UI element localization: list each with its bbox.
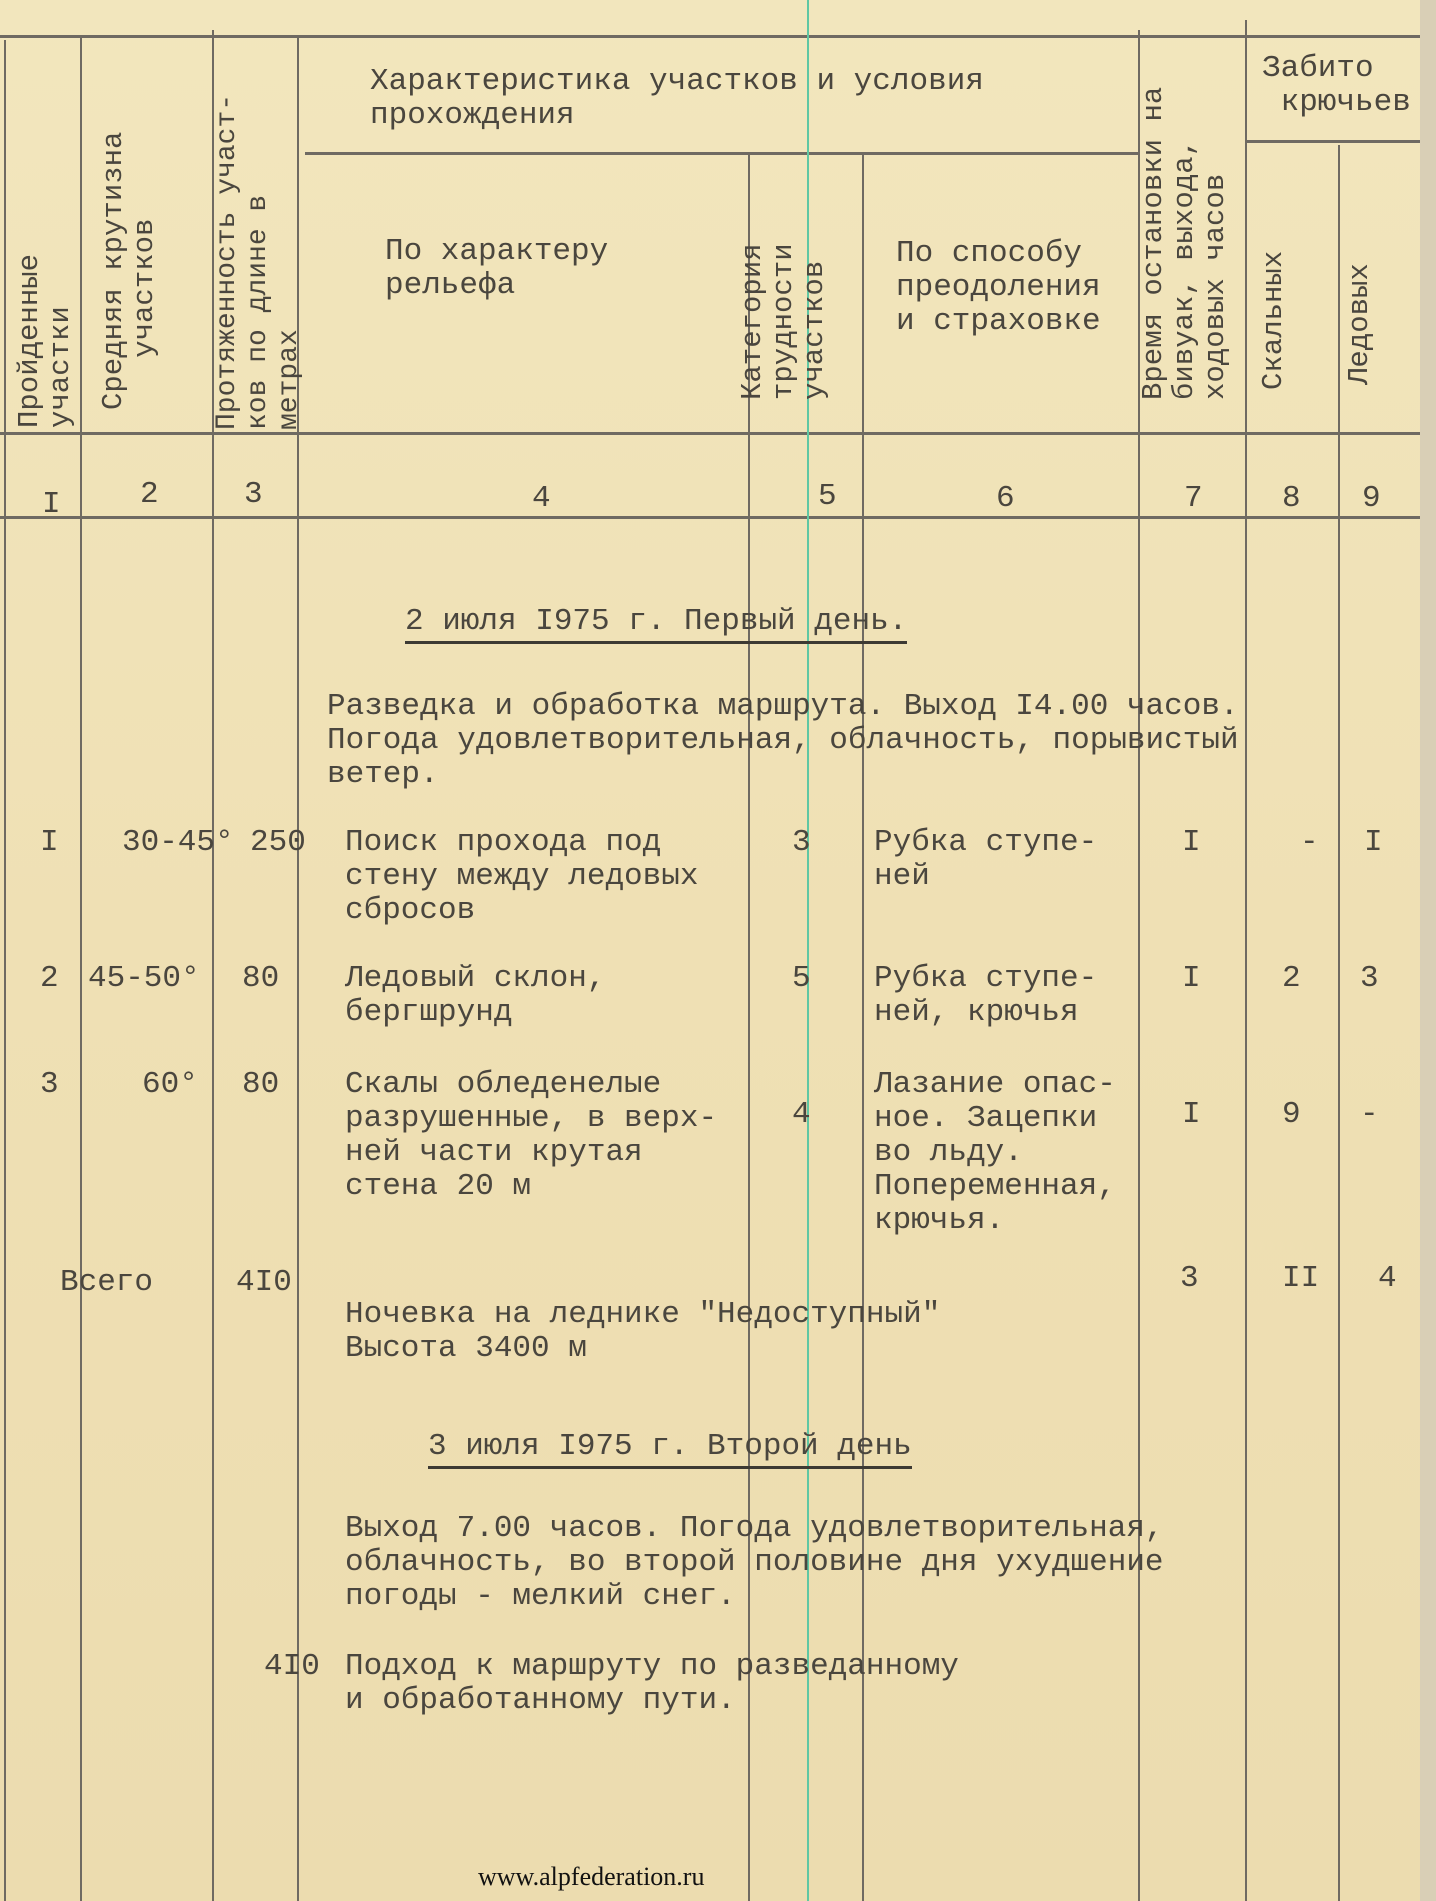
col-number-1: I xyxy=(42,488,61,522)
row1-relief: Поиск прохода под стену между ледовых сб… xyxy=(345,826,698,928)
total-length: 4I0 xyxy=(236,1266,292,1300)
row2-ice-pitons: 3 xyxy=(1360,962,1379,996)
column-line-4 xyxy=(748,152,750,1901)
row3-rock-pitons: 9 xyxy=(1282,1098,1301,1132)
col-number-6: 6 xyxy=(996,482,1015,516)
total-time: 3 xyxy=(1180,1262,1199,1296)
day2-intro: Выход 7.00 часов. Погода удовлетворитель… xyxy=(345,1512,1164,1614)
header-col9: Ледовых xyxy=(1344,263,1375,385)
header-col3: Протяженность участ- ков по длине в метр… xyxy=(212,94,305,430)
row1-method: Рубка ступе- ней xyxy=(874,826,1097,894)
col-number-9: 9 xyxy=(1362,482,1381,516)
total-ice-pitons: 4 xyxy=(1378,1262,1397,1296)
row2-time: I xyxy=(1182,962,1201,996)
row2-steepness: 45-50° xyxy=(88,962,200,996)
row1-length: 250 xyxy=(250,826,306,860)
page-edge xyxy=(1420,0,1436,1901)
col-number-5: 5 xyxy=(818,480,837,514)
day1-title: 2 июля I975 г. Первый день. xyxy=(405,605,907,644)
header-col7: Время остановки на бивуак, выхода, ходов… xyxy=(1138,87,1231,400)
row3-category: 4 xyxy=(792,1098,811,1132)
header-characteristics-group: Характеристика участков и условия прохож… xyxy=(370,65,984,133)
pitons-header-divider xyxy=(1245,140,1420,143)
row2-category: 5 xyxy=(792,962,811,996)
row3-time: I xyxy=(1182,1098,1201,1132)
watermark: www.alpfederation.ru xyxy=(478,1862,704,1892)
day1-intro: Разведка и обработка маршрута. Выход I4.… xyxy=(327,690,1239,792)
header-col4: По характеру рельефа xyxy=(385,235,608,303)
row3-length: 80 xyxy=(242,1068,279,1102)
row3-relief: Скалы обледенелые разрушенные, в верх- н… xyxy=(345,1068,717,1204)
row2-rock-pitons: 2 xyxy=(1282,962,1301,996)
header-col6: По способу преодоления и страховке xyxy=(896,237,1101,339)
total-rock-pitons: II xyxy=(1282,1262,1319,1296)
row2-length: 80 xyxy=(242,962,279,996)
day2-approach-length: 4I0 xyxy=(264,1650,320,1684)
col-number-3: 3 xyxy=(244,478,263,512)
header-col2: Средняя крутизна участков xyxy=(98,132,160,410)
row3-steepness: 60° xyxy=(142,1068,198,1102)
row1-steepness: 30-45° xyxy=(122,826,234,860)
header-col8: Скальных xyxy=(1258,251,1289,390)
col-number-2: 2 xyxy=(140,478,159,512)
col-number-7: 7 xyxy=(1184,482,1203,516)
column-line-8 xyxy=(1338,145,1340,1901)
row2-section: 2 xyxy=(40,962,59,996)
day1-overnight: Ночевка на леднике "Недоступный" Высота … xyxy=(345,1298,940,1366)
row3-ice-pitons: - xyxy=(1360,1098,1379,1132)
header-pitons-group: Забито крючьев xyxy=(1262,52,1411,120)
column-line-7 xyxy=(1245,20,1247,1901)
row2-method: Рубка ступе- ней, крючья xyxy=(874,962,1097,1030)
day2-approach: Подход к маршруту по разведанному и обра… xyxy=(345,1650,959,1718)
row1-category: 3 xyxy=(792,826,811,860)
header-col5: Категория трудности участков xyxy=(737,243,830,400)
column-line-5 xyxy=(862,152,864,1901)
col-number-8: 8 xyxy=(1282,482,1301,516)
row1-ice-pitons: I xyxy=(1364,826,1383,860)
row3-section: 3 xyxy=(40,1068,59,1102)
row1-section: I xyxy=(40,826,59,860)
row1-rock-pitons: - xyxy=(1300,826,1319,860)
row2-relief: Ледовый склон, бергшрунд xyxy=(345,962,605,1030)
column-line-1 xyxy=(80,38,82,1901)
total-label: Всего xyxy=(60,1266,153,1300)
day2-title: 3 июля I975 г. Второй день xyxy=(428,1430,912,1469)
column-line-0 xyxy=(4,40,6,1901)
row1-time: I xyxy=(1182,826,1201,860)
col-number-4: 4 xyxy=(532,482,551,516)
group-header-divider xyxy=(305,152,1140,155)
header-col1: Пройденные участки xyxy=(14,254,76,428)
row3-method: Лазание опас- ное. Зацепки во льду. Попе… xyxy=(874,1068,1116,1238)
